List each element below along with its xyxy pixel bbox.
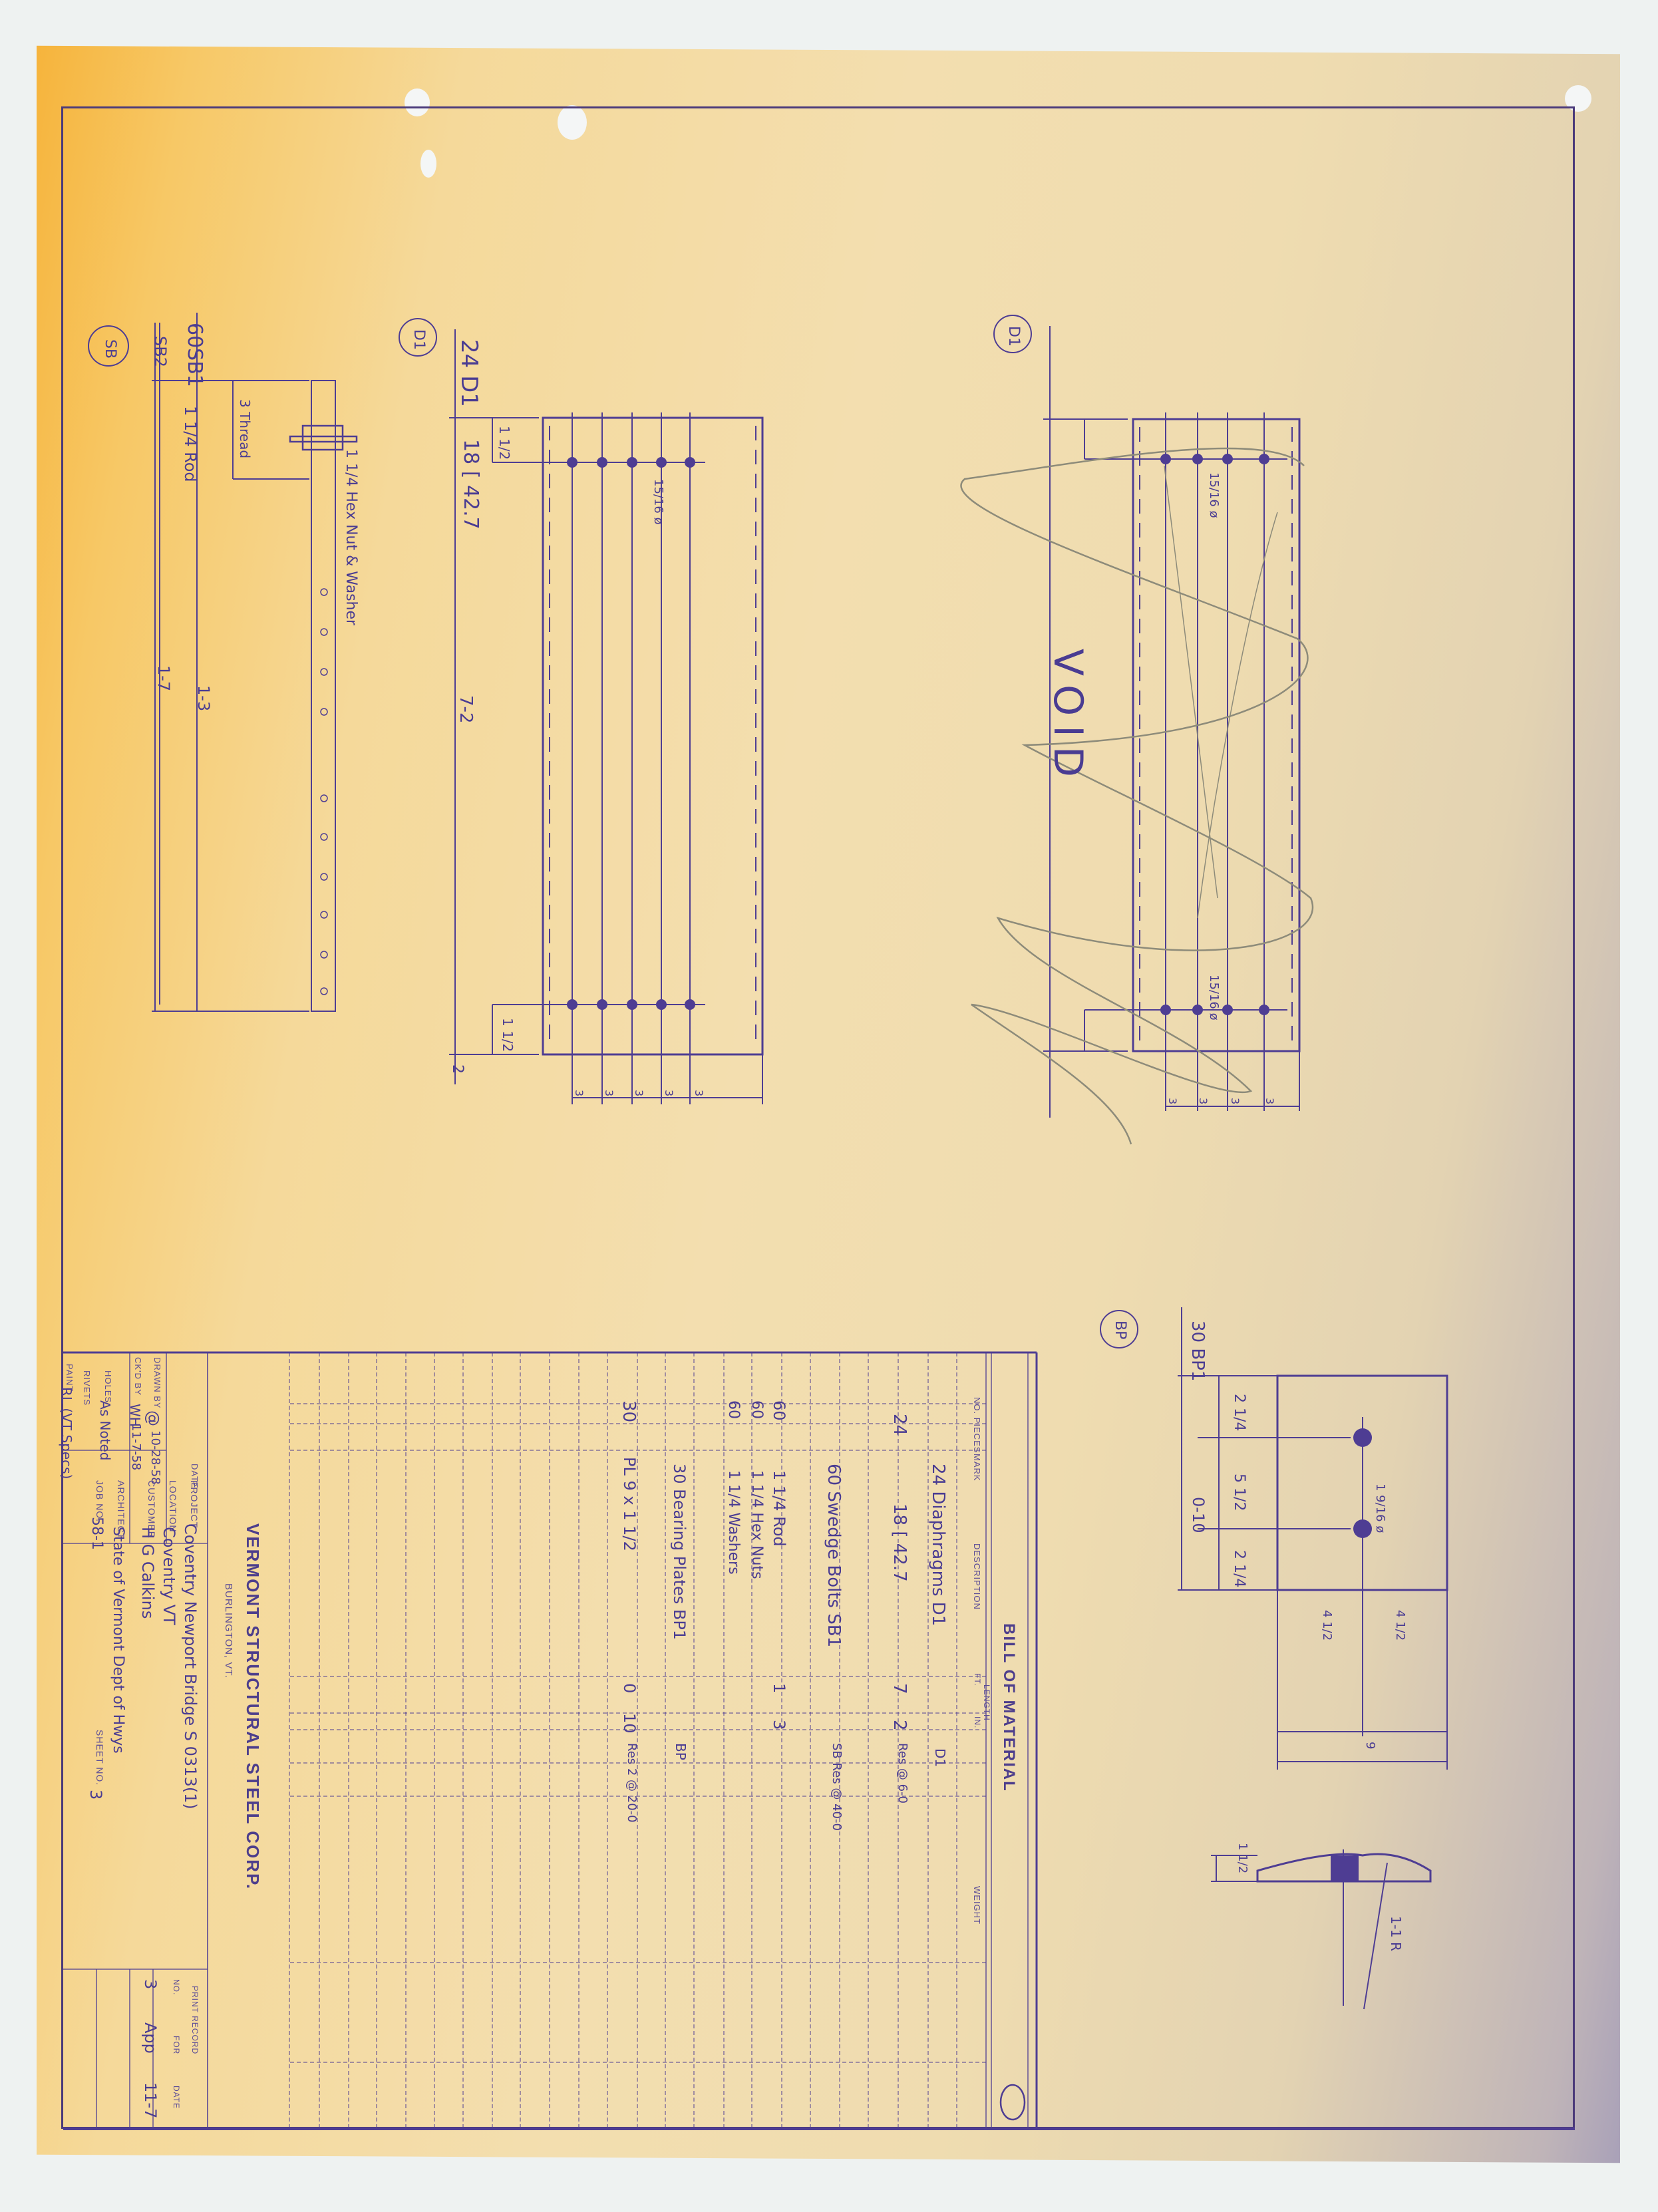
- swedge-nut-note: 1 1/4 Hex Nut & Washer: [343, 449, 359, 625]
- swedge-bolt-drawing: [88, 313, 357, 1011]
- diaphragm-mark: 24 D1: [456, 339, 482, 407]
- bom-col-ft: FT.: [973, 1673, 982, 1686]
- architect-value: State of Vermont Dept of Hwys: [110, 1527, 126, 1754]
- bom-row-3-note: SB Res @ 40-0: [830, 1743, 844, 1831]
- customer-value: H G Calkins: [138, 1527, 157, 1619]
- label-holes: HOLES: [103, 1370, 113, 1403]
- label-print-record: PRINT RECORD: [190, 1986, 200, 2054]
- void-scribble: [961, 448, 1312, 1144]
- bom-row-8-pieces: 30: [619, 1400, 639, 1422]
- diaphragm-hole-size: 15/16 ø: [651, 479, 665, 525]
- bom-row-8-ft: 0: [620, 1683, 639, 1693]
- diaphragm-end-dim-top: 1 1/2: [496, 426, 512, 460]
- bom-grid: [63, 1352, 1575, 2129]
- diaphragm-edge: 2: [449, 1064, 466, 1074]
- label-pr-date: DATE: [172, 2086, 181, 2109]
- bearing-plate-dim-1: 2 1/4: [1231, 1394, 1247, 1431]
- diaphragm-spacing-2: 3: [603, 1090, 615, 1096]
- diaphragm-spacing-5: 3: [693, 1090, 705, 1096]
- diaphragm-spacing-4: 3: [663, 1090, 675, 1096]
- void-spacing-3: 3: [1229, 1098, 1242, 1104]
- job-no-value: 58-1: [88, 1517, 105, 1550]
- label-project: PROJECT: [189, 1480, 200, 1528]
- bom-row-7-description: 30 Bearing Plates BP1: [670, 1464, 689, 1640]
- diaphragm-length: 7-2: [456, 695, 476, 723]
- bom-row-3-description: 60 Swedge Bolts SB1: [824, 1464, 844, 1647]
- bearing-plate-dim-2: 5 1/2: [1231, 1474, 1247, 1511]
- label-rivets: RIVETS: [82, 1370, 92, 1406]
- diaphragm-spacing-1: 3: [573, 1090, 585, 1096]
- bearing-plate-thickness: 1 1/2: [1236, 1843, 1249, 1873]
- bom-col-pieces: NO. PIECES: [972, 1397, 982, 1453]
- label-location: LOCATION: [168, 1480, 178, 1533]
- void-hole-size-top: 15/16 ø: [1207, 472, 1221, 518]
- bom-row-2-ft: 7: [890, 1683, 910, 1694]
- bom-row-5-pieces: 60: [748, 1400, 765, 1419]
- bom-col-length: LENGTH: [982, 1684, 991, 1721]
- bom-row-4-pieces: 60: [770, 1400, 788, 1421]
- bearing-plate-width-dim-2: 4 1/2: [1393, 1610, 1407, 1641]
- bom-row-6-description: 1 1/4 Washers: [725, 1470, 742, 1575]
- bom-row-2-in: 2: [890, 1720, 910, 1731]
- label-pr-for: FOR: [172, 2036, 181, 2054]
- bom-row-2-description: 18 [ 42.7: [890, 1503, 910, 1582]
- drawn-by-value: @: [144, 1410, 162, 1426]
- diaphragm-drawing: [399, 319, 762, 1104]
- void-spacing-4: 3: [1263, 1098, 1276, 1104]
- detail-tag-d1: D1: [411, 329, 427, 350]
- void-stamp: VOID: [1045, 649, 1091, 786]
- void-detail-bolt-holes: [1160, 454, 1269, 1015]
- bom-circle: [1001, 2085, 1025, 2120]
- bearing-plate-width-dim-1: 4 1/2: [1320, 1610, 1334, 1641]
- bearing-plate-hole-size: 1 9/16 ø: [1373, 1484, 1387, 1533]
- company-city: BURLINGTON, VT.: [223, 1583, 234, 1678]
- label-pr-no: NO.: [172, 1979, 181, 1995]
- paint-value: RL (VT Specs): [59, 1387, 75, 1479]
- bom-col-mark: MARK: [972, 1454, 982, 1482]
- bom-row-1-note: D1: [932, 1748, 948, 1767]
- diaphragm-end-dim-bottom: 1 1/2: [500, 1018, 516, 1052]
- detail-tag-void: D1: [1005, 326, 1022, 347]
- bom-col-description: DESCRIPTION: [972, 1543, 982, 1610]
- holes-value: As Noted: [97, 1400, 113, 1461]
- detail-tag-sb: SB: [102, 339, 118, 359]
- swedge-thread-label: 3 Thread: [237, 399, 253, 458]
- label-sheet-no: SHEET NO.: [94, 1730, 105, 1786]
- label-ckd-by: CK'D BY: [133, 1357, 143, 1396]
- bom-col-in: IN.: [973, 1716, 982, 1728]
- print-record-date: 11-7: [141, 2082, 160, 2118]
- ckd-date-value: 11-7-58: [129, 1424, 143, 1470]
- bearing-plate-drawing: [1100, 1307, 1447, 2009]
- void-spacing-2: 3: [1197, 1098, 1210, 1104]
- bom-row-8-note: Res 2 @ 20-0: [625, 1743, 639, 1823]
- bom-row-5-description: 1 1/4 Hex Nuts: [748, 1470, 765, 1579]
- bom-row-4-ft: 1: [770, 1683, 788, 1693]
- bom-row-2-note: Res @ 6-0: [896, 1743, 910, 1804]
- bom-row-2-pieces: 24: [890, 1414, 910, 1436]
- bearing-plate-width: 9: [1363, 1742, 1377, 1749]
- detail-tag-bp: BP: [1112, 1321, 1128, 1339]
- bom-row-7-note: BP: [673, 1743, 689, 1760]
- void-hole-size-bottom: 15/16 ø: [1207, 975, 1221, 1021]
- diaphragm-section: 18 [ 42.7: [459, 439, 482, 530]
- bom-col-weight: WEIGHT: [972, 1886, 982, 1925]
- bearing-plate-mark: 30 BP1: [1188, 1321, 1208, 1381]
- bom-row-8-in: 10: [620, 1713, 639, 1734]
- company-name: VERMONT STRUCTURAL STEEL CORP.: [242, 1523, 263, 1890]
- label-drawn-by: DRAWN BY: [152, 1357, 162, 1409]
- swedge-bolt-mark: 60SB1: [183, 323, 206, 387]
- bearing-plate-radius: 1-1 R: [1388, 1916, 1404, 1951]
- sheet-no-value: 3: [86, 1790, 105, 1800]
- diaphragm-spacing-3: 3: [633, 1090, 645, 1096]
- diaphragm-bolt-holes: [567, 457, 695, 1010]
- swedge-length-inner: 1-3: [194, 685, 213, 711]
- void-spacing-1: 3: [1166, 1098, 1179, 1104]
- drawn-date-value: 10-28-58: [148, 1430, 162, 1485]
- project-value: Coventry Newport Bridge S 0313(1): [181, 1523, 200, 1810]
- bearing-plate-length: 0-10: [1189, 1497, 1208, 1533]
- bom-row-8-description: PL 9 x 1 1/2: [620, 1457, 639, 1551]
- bearing-plate-holes: [1331, 1428, 1372, 1881]
- swedge-length-outer: 1-7: [154, 665, 173, 691]
- print-record-no: 3: [141, 1979, 160, 1989]
- bearing-plate-dim-3: 2 1/4: [1231, 1550, 1247, 1587]
- print-record-for: App: [141, 2022, 160, 2054]
- bom-row-4-in: 3: [770, 1720, 788, 1730]
- bom-title: BILL OF MATERIAL: [999, 1623, 1018, 1792]
- bom-row-1-description: 24 Diaphragms D1: [928, 1464, 948, 1626]
- label-job-no: JOB NO.: [94, 1480, 105, 1522]
- bom-row-6-pieces: 60: [725, 1400, 742, 1419]
- void-detail-drawing: [994, 315, 1299, 1118]
- location-value: Coventry VT: [160, 1527, 178, 1625]
- swedge-bolt-small-note: SB2: [151, 336, 170, 367]
- swedge-rod-label: 1 1/4 Rod: [181, 406, 200, 482]
- bom-row-4-description: 1 1/4 Rod: [770, 1470, 788, 1547]
